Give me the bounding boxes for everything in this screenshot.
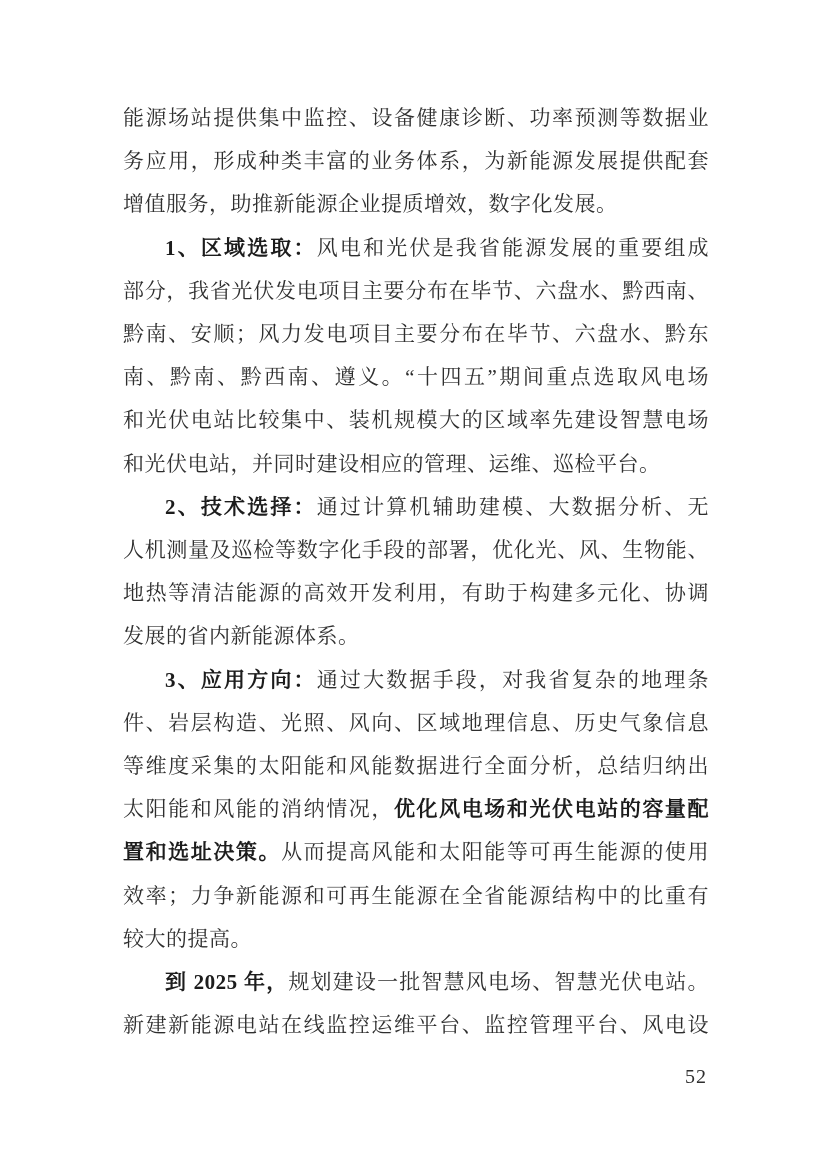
text-run: 地热等清洁能源的高效开发利用，有助于构建多元化、协调: [123, 581, 709, 605]
text-run: 黔南、安顺；风力发电项目主要分布在毕节、六盘水、黔东: [123, 322, 709, 346]
bold-run: 3、应用方向：: [165, 668, 317, 692]
text-run: 通过大数据手段，对我省复杂的地理条: [317, 668, 709, 692]
text-run: 从而提高风能和太阳能等可再生能源的使用: [281, 840, 709, 864]
text-line: 务应用，形成种类丰富的业务体系，为新能源发展提供配套: [123, 140, 709, 183]
text-run: 发展的省内新能源体系。: [123, 624, 360, 648]
text-line: 发展的省内新能源体系。: [123, 615, 709, 658]
bold-run: 优化风电场和光伏电站的容量配: [394, 797, 709, 821]
bold-run: 置和选址决策。: [123, 840, 281, 864]
text-run: 等维度采集的太阳能和风能数据进行全面分析，总结归纳出: [123, 754, 709, 778]
text-line: 太阳能和风能的消纳情况，优化风电场和光伏电站的容量配: [123, 788, 709, 831]
document-body: 能源场站提供集中监控、设备健康诊断、功率预测等数据业务应用，形成种类丰富的业务体…: [123, 97, 709, 1047]
text-run: 效率；力争新能源和可再生能源在全省能源结构中的比重有: [123, 884, 709, 908]
text-line: 到 2025 年，规划建设一批智慧风电场、智慧光伏电站。: [123, 961, 709, 1004]
text-line: 置和选址决策。从而提高风能和太阳能等可再生能源的使用: [123, 831, 709, 874]
text-line: 和光伏电站，并同时建设相应的管理、运维、巡检平台。: [123, 443, 709, 486]
text-line: 部分，我省光伏发电项目主要分布在毕节、六盘水、黔西南、: [123, 270, 709, 313]
text-line: 黔南、安顺；风力发电项目主要分布在毕节、六盘水、黔东: [123, 313, 709, 356]
bold-run: 1、区域选取：: [165, 236, 317, 260]
text-run: 风电和光伏是我省能源发展的重要组成: [317, 236, 709, 260]
bold-run: 2、技术选择：: [165, 495, 317, 519]
text-line: 件、岩层构造、光照、风向、区域地理信息、历史气象信息: [123, 702, 709, 745]
text-run: 较大的提高。: [123, 927, 252, 951]
text-line: 等维度采集的太阳能和风能数据进行全面分析，总结归纳出: [123, 745, 709, 788]
text-run: 和光伏电站，并同时建设相应的管理、运维、巡检平台。: [123, 452, 661, 476]
document-page: 能源场站提供集中监控、设备健康诊断、功率预测等数据业务应用，形成种类丰富的业务体…: [0, 0, 826, 1169]
text-line: 1、区域选取：风电和光伏是我省能源发展的重要组成: [123, 227, 709, 270]
text-line: 南、黔南、黔西南、遵义。“十四五”期间重点选取风电场: [123, 356, 709, 399]
text-run: 部分，我省光伏发电项目主要分布在毕节、六盘水、黔西南、: [123, 279, 709, 303]
text-line: 增值服务，助推新能源企业提质增效，数字化发展。: [123, 183, 709, 226]
text-run: 增值服务，助推新能源企业提质增效，数字化发展。: [123, 192, 618, 216]
text-run: 人机测量及巡检等数字化手段的部署，优化光、风、生物能、: [123, 538, 709, 562]
page-number: 52: [685, 1066, 707, 1089]
text-run: 通过计算机辅助建模、大数据分析、无: [317, 495, 709, 519]
text-line: 人机测量及巡检等数字化手段的部署，优化光、风、生物能、: [123, 529, 709, 572]
text-run: 规划建设一批智慧风电场、智慧光伏电站。: [288, 970, 709, 994]
text-line: 和光伏电站比较集中、装机规模大的区域率先建设智慧电场: [123, 399, 709, 442]
text-line: 地热等清洁能源的高效开发利用，有助于构建多元化、协调: [123, 572, 709, 615]
text-line: 3、应用方向：通过大数据手段，对我省复杂的地理条: [123, 659, 709, 702]
text-run: 能源场站提供集中监控、设备健康诊断、功率预测等数据业: [123, 106, 709, 130]
text-run: 件、岩层构造、光照、风向、区域地理信息、历史气象信息: [123, 711, 709, 735]
text-line: 能源场站提供集中监控、设备健康诊断、功率预测等数据业: [123, 97, 709, 140]
text-run: 务应用，形成种类丰富的业务体系，为新能源发展提供配套: [123, 149, 709, 173]
bold-run: 到 2025 年，: [165, 970, 288, 994]
text-line: 2、技术选择：通过计算机辅助建模、大数据分析、无: [123, 486, 709, 529]
text-run: 和光伏电站比较集中、装机规模大的区域率先建设智慧电场: [123, 408, 709, 432]
text-line: 效率；力争新能源和可再生能源在全省能源结构中的比重有: [123, 875, 709, 918]
text-run: 南、黔南、黔西南、遵义。“十四五”期间重点选取风电场: [123, 365, 709, 389]
text-line: 较大的提高。: [123, 918, 709, 961]
text-line: 新建新能源电站在线监控运维平台、监控管理平台、风电设: [123, 1004, 709, 1047]
text-run: 新建新能源电站在线监控运维平台、监控管理平台、风电设: [123, 1013, 709, 1037]
text-run: 太阳能和风能的消纳情况，: [123, 797, 394, 821]
